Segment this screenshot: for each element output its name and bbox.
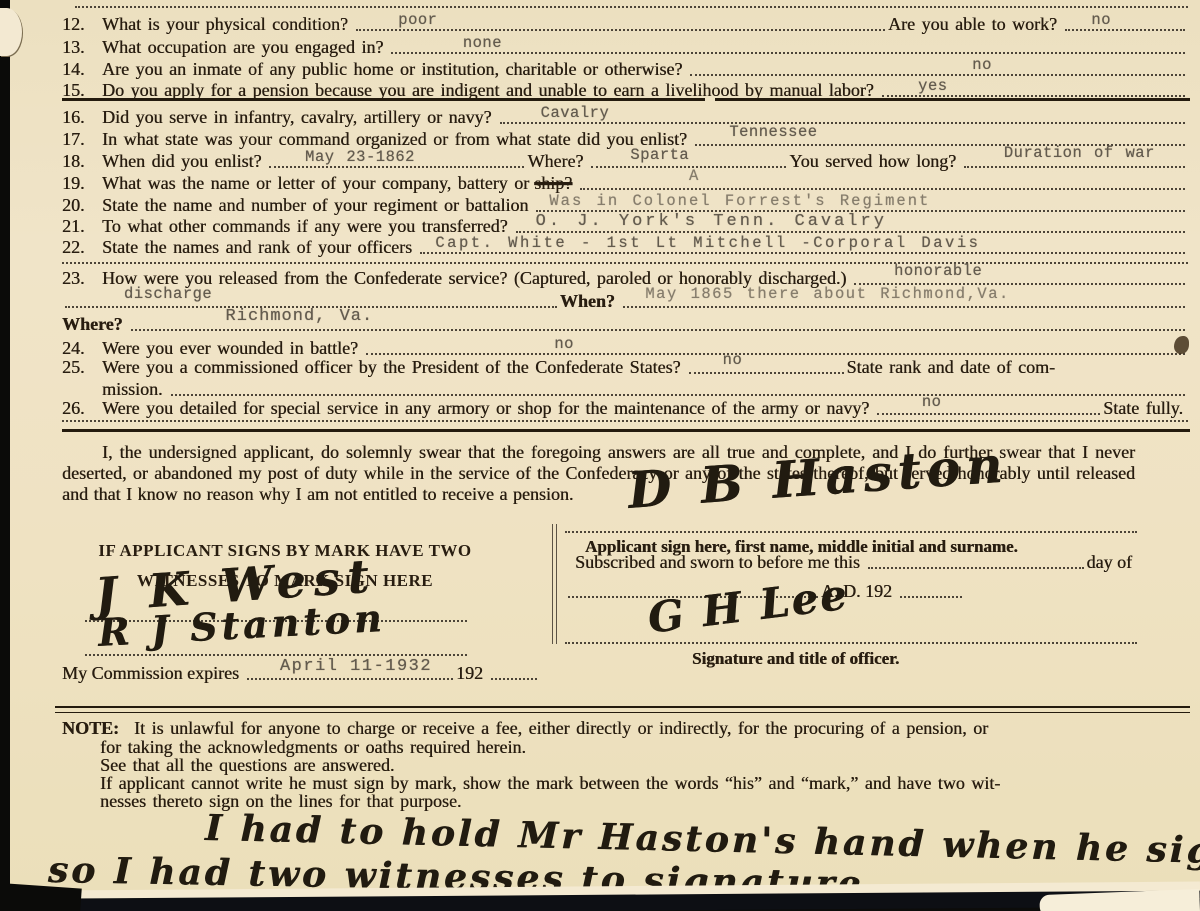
commission-date-line: April 11-1932 (247, 673, 453, 680)
struck-word: ship? (534, 173, 577, 194)
column-divider (552, 524, 557, 644)
question-text-2: Where? (527, 151, 588, 172)
answer-line: May 23-1862 (269, 161, 524, 168)
typed-answer: none (463, 36, 502, 52)
question-number: 17. (62, 129, 102, 150)
question-text: Are you an inmate of any public home or … (102, 59, 687, 80)
answer-line: Cavalry (500, 117, 1185, 124)
question-number: 23. (62, 268, 102, 289)
question-text: What is your physical condition? (102, 14, 353, 35)
commission-label: My Commission expires (62, 663, 244, 684)
blank-line (868, 562, 1084, 569)
commission-row: My Commission expires April 11-1932 192 (62, 663, 540, 684)
typed-answer: Tennessee (729, 125, 817, 141)
typed-answer: no (723, 353, 743, 369)
question-text: State the names and rank of your officer… (102, 237, 417, 258)
question-text: What was the name or letter of your comp… (102, 173, 534, 194)
question-text: Were you detailed for special service in… (102, 398, 874, 419)
question-row-22: 22. State the names and rank of your off… (62, 237, 1188, 258)
typed-answer: May 23-1862 (305, 150, 415, 166)
typed-answer: poor (398, 13, 437, 29)
typed-answer: no (922, 395, 942, 411)
rule-solid-above-oath (62, 429, 1190, 432)
question-text: In what state was your command organized… (102, 129, 692, 150)
question-row-13: 13. What occupation are you engaged in? … (62, 37, 1188, 58)
question-text: Did you serve in infantry, cavalry, arti… (102, 107, 497, 128)
officer-caption: Signature and title of officer. (692, 649, 899, 669)
rule-above-note (55, 706, 1190, 713)
question-row-14: 14. Are you an inmate of any public home… (62, 59, 1188, 80)
sworn-row: Subscribed and sworn to before me this d… (575, 552, 1137, 573)
question-text-2: Are you able to work? (888, 14, 1062, 35)
question-number: 25. (62, 357, 102, 378)
blank-line (900, 591, 962, 598)
when-label: When? (560, 291, 620, 312)
typed-answer: O. J. York's Tenn. Cavalry (536, 213, 887, 230)
question-text: What occupation are you engaged in? (102, 37, 388, 58)
question-row-25-cont: mission. (62, 379, 1188, 400)
answer-line: none (391, 47, 1185, 54)
question-number: 16. (62, 107, 102, 128)
typed-answer: honorable (894, 264, 982, 280)
question-text: State the name and number of your regime… (102, 195, 533, 216)
question-number: 22. (62, 237, 102, 258)
scan-corner-bottom-left (0, 883, 82, 911)
question-number: 24. (62, 338, 102, 359)
typed-answer: Sparta (630, 148, 689, 164)
question-row-26: 26. Were you detailed for special servic… (62, 398, 1188, 419)
typed-answer: no (972, 58, 992, 74)
question-text-2: State rank and date of com- (847, 357, 1060, 378)
section-rule (715, 98, 1190, 101)
officer-signature-line (565, 642, 1137, 644)
question-row-23-where: Where? Richmond, Va. (62, 314, 1188, 335)
typed-answer: May 1865 there about Richmond,Va. (645, 287, 1009, 303)
typed-answer: Cavalry (541, 106, 610, 122)
typed-answer: Richmond, Va. (226, 308, 374, 325)
typed-answer: Capt. White - 1st Lt Mitchell -Corporal … (435, 236, 980, 252)
typed-answer: Duration of war (1004, 146, 1155, 162)
rule-top-dotted (75, 6, 1188, 8)
question-number: 14. (62, 59, 102, 80)
answer-line: Richmond, Va. (131, 324, 1185, 331)
question-row-24: 24. Were you ever wounded in battle? no (62, 338, 1188, 359)
blank-line (491, 673, 537, 680)
answer-line: no (1065, 24, 1185, 31)
witness2-line (85, 654, 467, 656)
question-number: 26. (62, 398, 102, 419)
question-number: 21. (62, 216, 102, 237)
answer-line: honorable (854, 278, 1185, 285)
applicant-signature-line (565, 531, 1137, 533)
question-row-16: 16. Did you serve in infantry, cavalry, … (62, 107, 1188, 128)
answer-line: no (366, 348, 1185, 355)
answer-line: Was in Colonel Forrest's Regiment (536, 205, 1185, 212)
answer-line: yes (882, 90, 1185, 97)
section-rule (62, 98, 705, 101)
answer-line: O. J. York's Tenn. Cavalry (516, 226, 1185, 233)
question-number: 12. (62, 14, 102, 35)
question-number: 18. (62, 151, 102, 172)
sworn-text: Subscribed and sworn to before me this (575, 552, 865, 573)
typed-answer: no (1091, 13, 1111, 29)
answer-line: no (877, 408, 1100, 415)
answer-line (171, 389, 1185, 396)
question-number: 13. (62, 37, 102, 58)
answer-line: no (690, 69, 1185, 76)
day-of-text: day of (1087, 552, 1137, 573)
question-text-cont: mission. (102, 379, 168, 400)
scan-edge-left (0, 0, 10, 911)
answer-line: Capt. White - 1st Lt Mitchell -Corporal … (420, 247, 1185, 254)
typed-commission-date: April 11-1932 (280, 658, 432, 675)
typed-answer: discharge (124, 287, 212, 303)
typed-answer: A (689, 169, 699, 185)
typed-answer: Was in Colonel Forrest's Regiment (549, 194, 930, 210)
question-text: Were you a commissioned officer by the P… (102, 357, 686, 378)
question-text: Were you ever wounded in battle? (102, 338, 363, 359)
question-number: 19. (62, 173, 102, 194)
question-row-19: 19. What was the name or letter of your … (62, 173, 1188, 194)
typed-answer: yes (918, 79, 947, 95)
answer-line: A (580, 183, 1185, 190)
note-label: NOTE: (62, 719, 119, 738)
question-row-12: 12. What is your physical condition? poo… (62, 14, 1188, 35)
answer-line: Duration of war (964, 161, 1185, 168)
question-text-3: You served how long? (789, 151, 961, 172)
rule-dotted-above-oath (62, 420, 1188, 422)
where-label: Where? (62, 314, 128, 335)
answer-line: no (689, 367, 844, 374)
question-row-25: 25. Were you a commissioned officer by t… (62, 357, 1188, 378)
answer-line: poor (356, 24, 885, 31)
commission-year: 192 (456, 663, 488, 684)
question-number: 20. (62, 195, 102, 216)
question-row-18: 18. When did you enlist? May 23-1862 Whe… (62, 151, 1188, 172)
note-line-1: It is unlawful for anyone to charge or r… (134, 719, 988, 738)
typed-answer: no (554, 337, 574, 353)
section-rule-dotted (62, 262, 1188, 264)
question-text-2: State fully. (1103, 398, 1188, 419)
question-row-23: 23. How were you released from the Confe… (62, 268, 1188, 289)
answer-line: May 1865 there about Richmond,Va. (623, 301, 1185, 308)
question-text: When did you enlist? (102, 151, 266, 172)
